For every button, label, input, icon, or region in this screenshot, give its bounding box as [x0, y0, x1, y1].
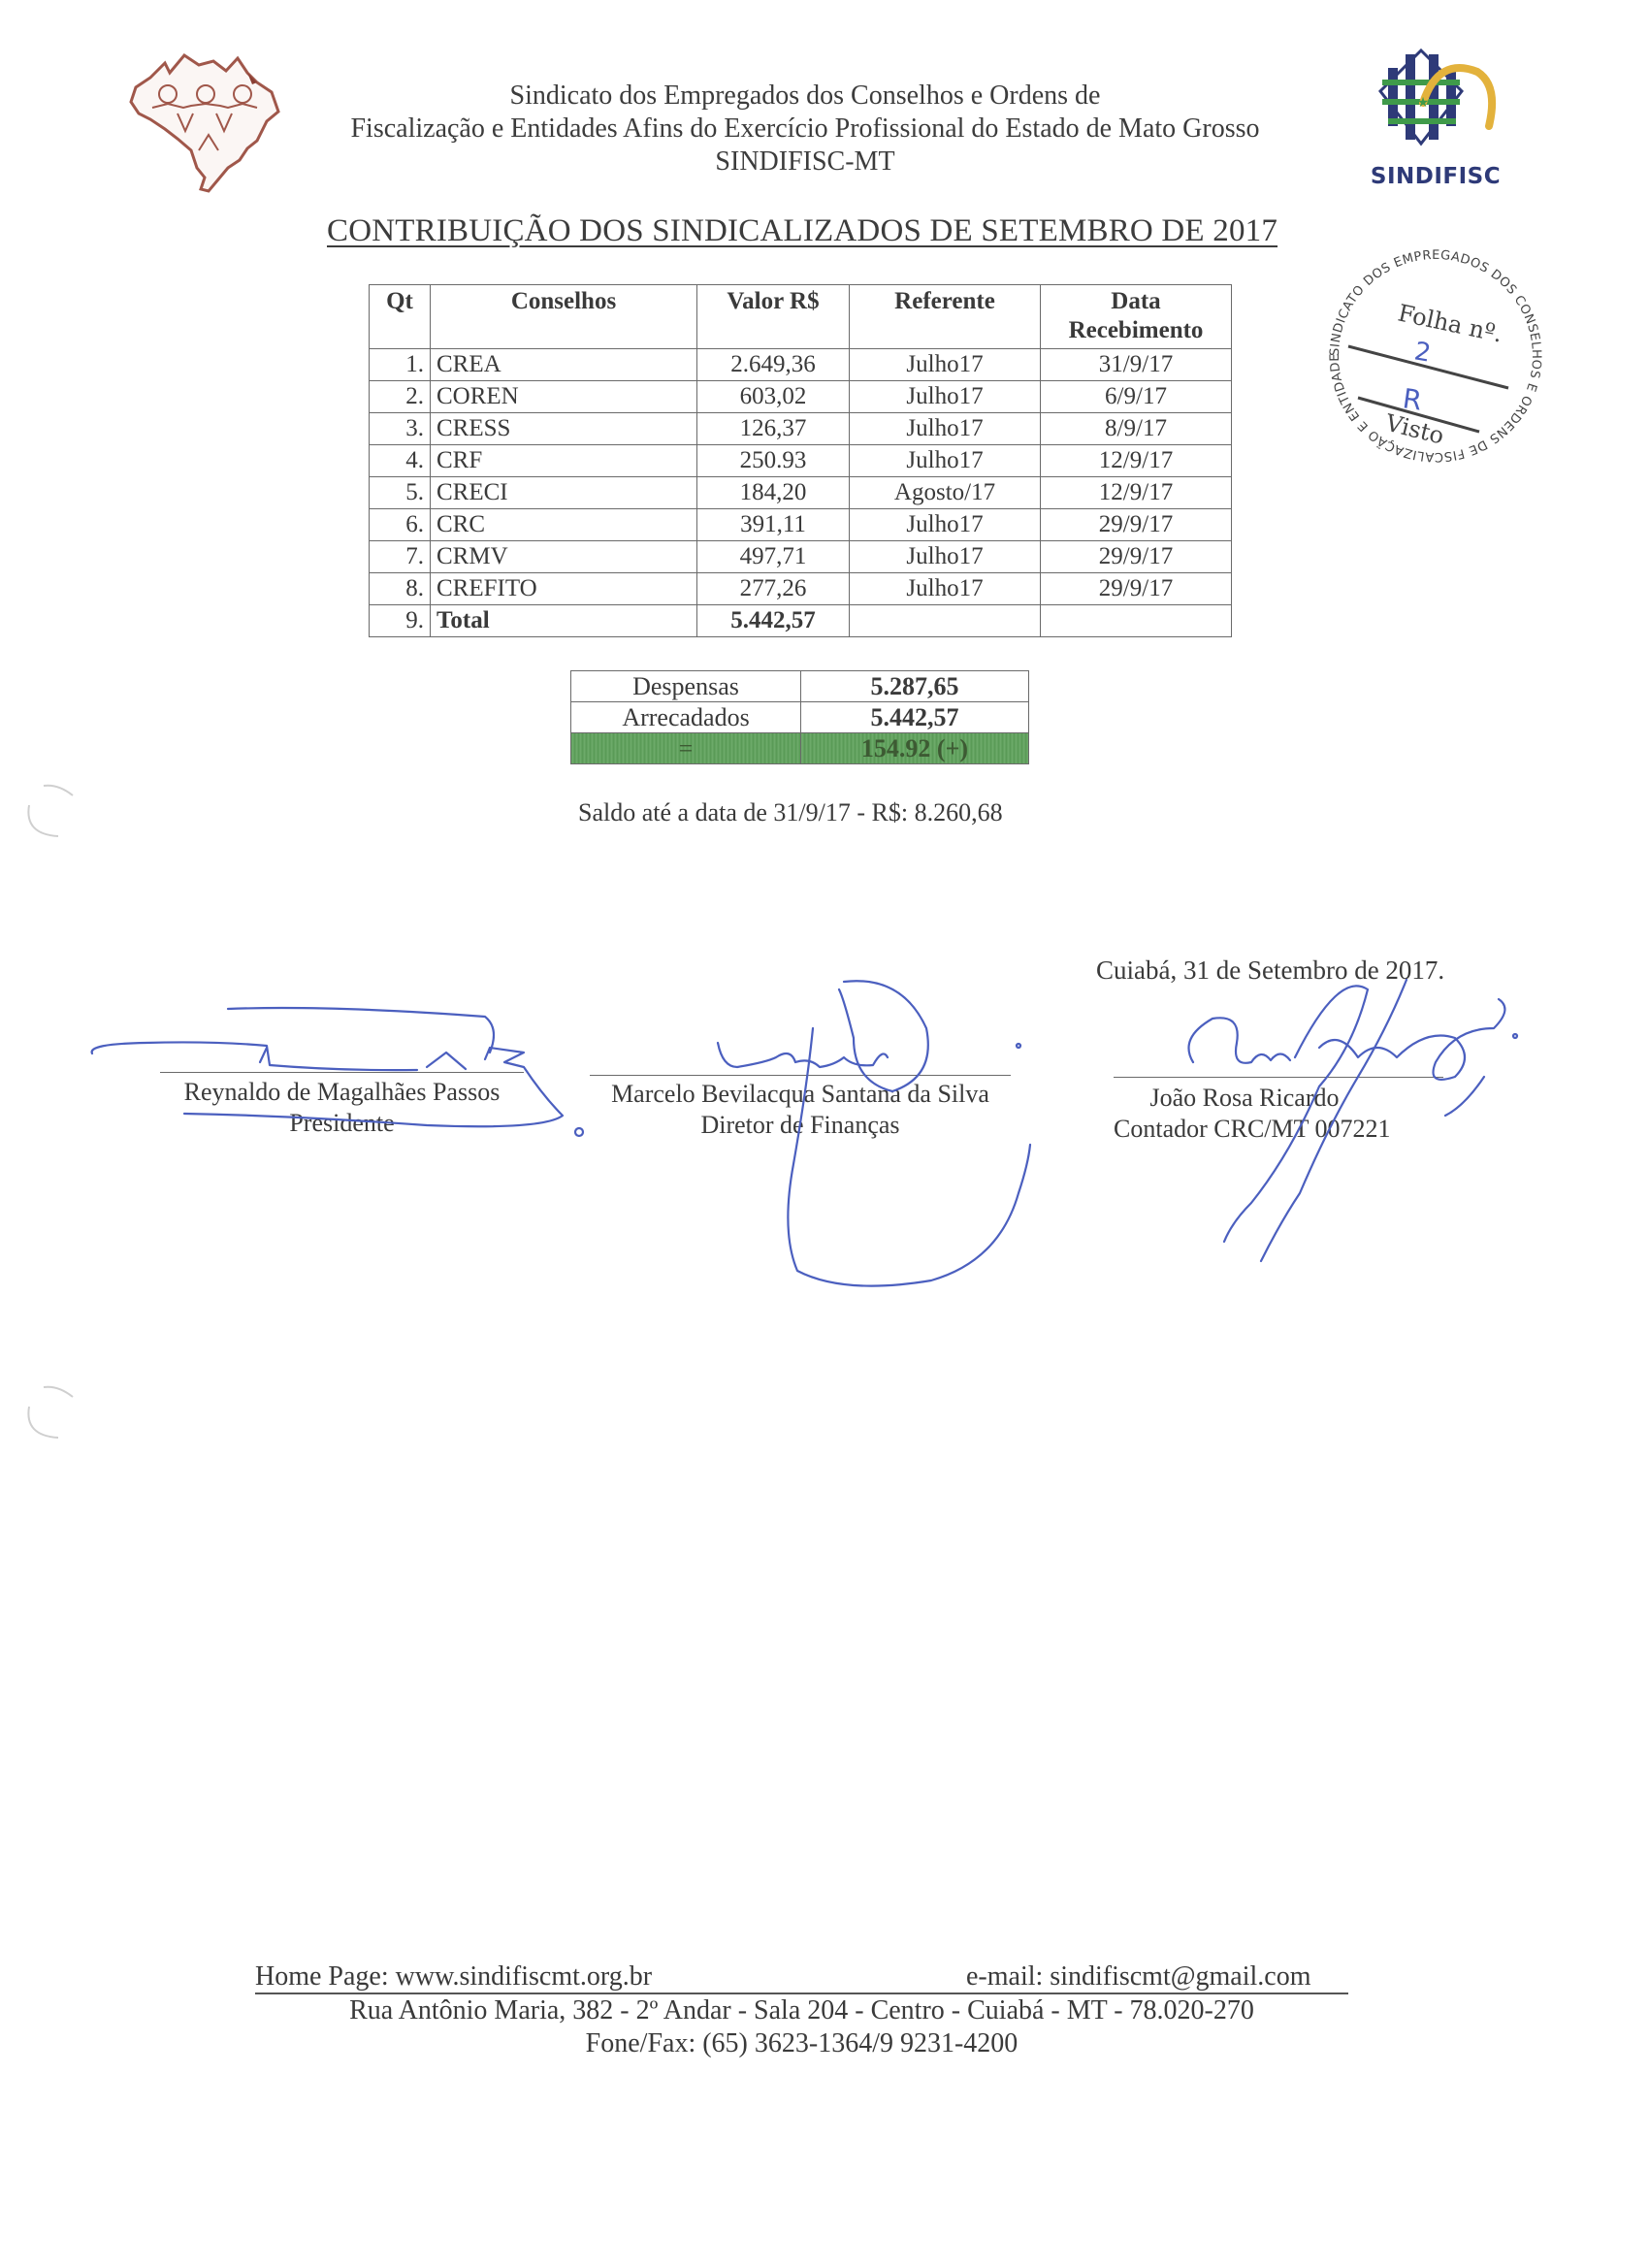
- handwritten-signatures: [0, 0, 1649, 1358]
- footer-email[interactable]: e-mail: sindifiscmt@gmail.com: [966, 1961, 1311, 1993]
- footer-divider: [255, 1993, 1348, 1994]
- footer-address: Rua Antônio Maria, 382 - 2º Andar - Sala…: [255, 1995, 1348, 2026]
- scan-hole-punch-marks: [0, 757, 97, 1455]
- footer-phone: Fone/Fax: (65) 3623-1364/9 9231-4200: [255, 2028, 1348, 2059]
- footer-homepage[interactable]: Home Page: www.sindifiscmt.org.br: [255, 1961, 652, 1993]
